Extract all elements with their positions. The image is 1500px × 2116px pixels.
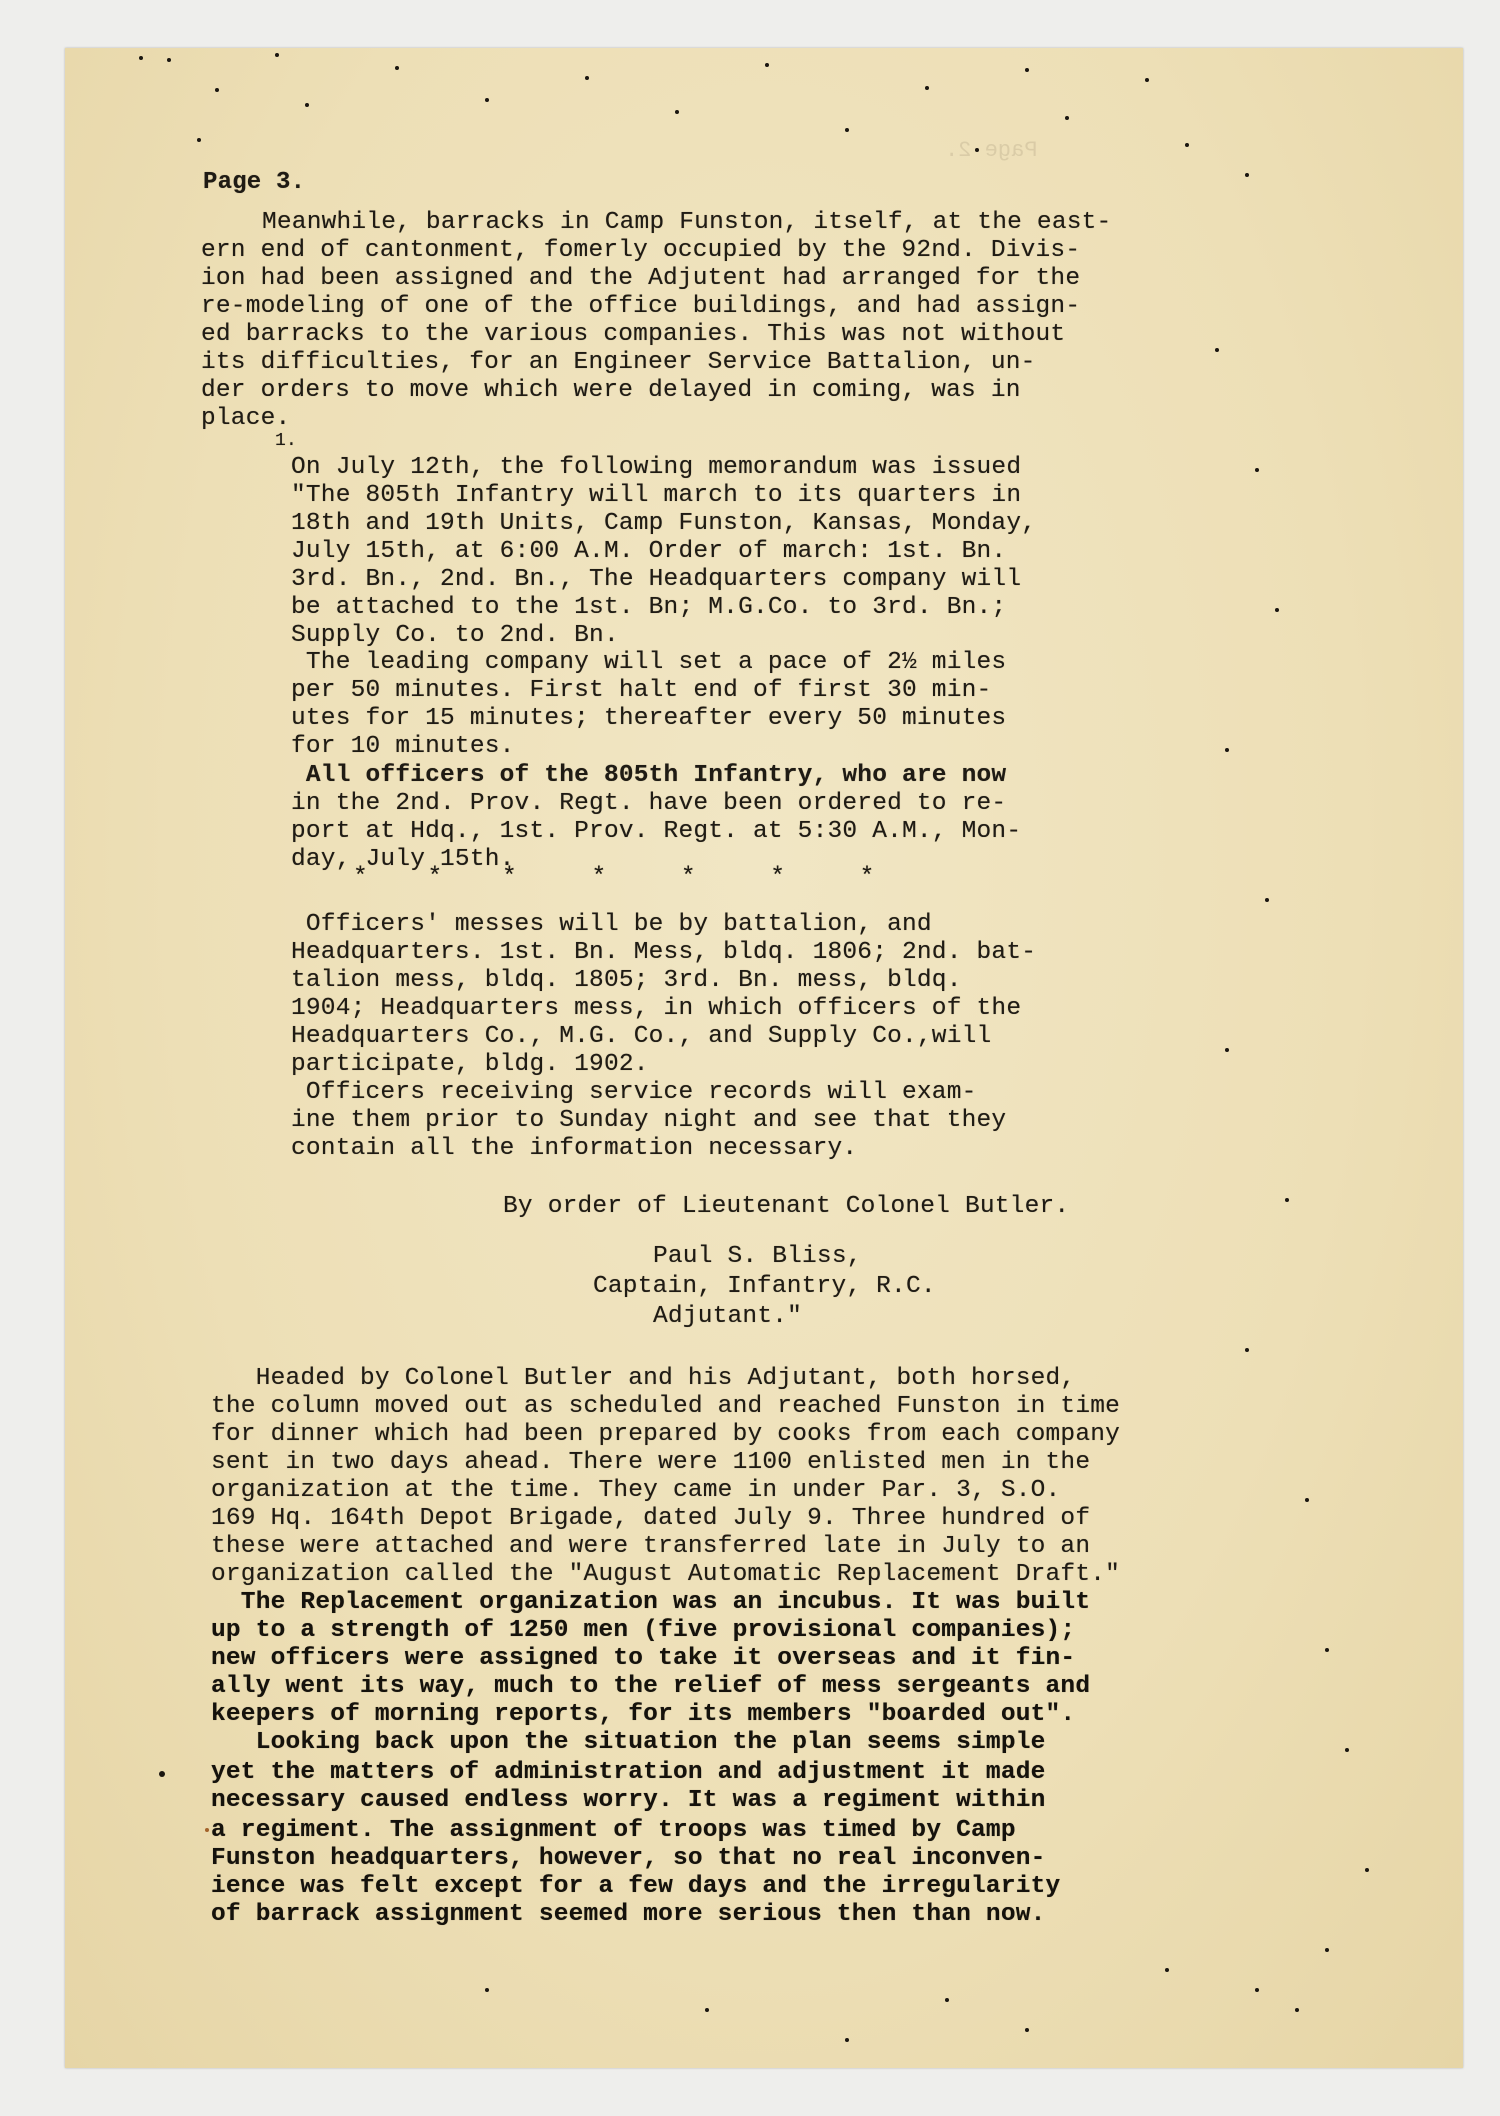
- text-line: "The 805th Infantry will march to its qu…: [291, 481, 1021, 511]
- text-line: organization at the time. They came in u…: [211, 1476, 1060, 1506]
- text-line: On July 12th, the following memorandum w…: [291, 453, 1021, 483]
- text-line: its difficulties, for an Engineer Servic…: [201, 348, 1036, 378]
- text-line: ion had been assigned and the Adjutent h…: [201, 264, 1080, 294]
- section-separator: * * * * * * *: [353, 863, 875, 893]
- text-line: be attached to the 1st. Bn; M.G.Co. to 3…: [291, 593, 1006, 623]
- text-line: keepers of morning reports, for its memb…: [211, 1700, 1075, 1730]
- signatory-title: Adjutant.": [653, 1302, 802, 1332]
- text-line: necessary caused endless worry. It was a…: [211, 1786, 1046, 1816]
- text-line: 18th and 19th Units, Camp Funston, Kansa…: [291, 509, 1036, 539]
- text-line: talion mess, bldq. 1805; 3rd. Bn. mess, …: [291, 966, 962, 996]
- text-line: participate, bldg. 1902.: [291, 1050, 649, 1080]
- text-line: organization called the "August Automati…: [211, 1560, 1120, 1590]
- text-line: Supply Co. to 2nd. Bn.: [291, 621, 619, 651]
- text-line: utes for 15 minutes; thereafter every 50…: [291, 704, 1006, 734]
- text-line: Officers' messes will be by battalion, a…: [291, 910, 932, 940]
- text-line: up to a strength of 1250 men (five provi…: [211, 1616, 1075, 1646]
- text-line: per 50 minutes. First halt end of first …: [291, 676, 991, 706]
- text-line: ally went its way, much to the relief of…: [211, 1672, 1090, 1702]
- text-line: for 10 minutes.: [291, 732, 515, 762]
- text-line: ern end of cantonment, fomerly occupied …: [201, 236, 1080, 266]
- text-line: The Replacement organization was an incu…: [211, 1588, 1090, 1618]
- text-line: re-modeling of one of the office buildin…: [201, 292, 1080, 322]
- footnote-marker: 1.: [275, 426, 297, 456]
- signatory-name: Paul S. Bliss,: [653, 1242, 862, 1272]
- text-line: Headquarters Co., M.G. Co., and Supply C…: [291, 1022, 991, 1052]
- text-line: ience was felt except for a few days and…: [211, 1872, 1060, 1902]
- typewritten-page: Page 2. Page 3. Meanwhile, barracks in C…: [65, 48, 1463, 2068]
- text-line: of barrack assignment seemed more seriou…: [211, 1900, 1046, 1930]
- text-line: Funston headquarters, however, so that n…: [211, 1844, 1046, 1874]
- text-line: Officers receiving service records will …: [291, 1078, 977, 1108]
- order-line: By order of Lieutenant Colonel Butler.: [503, 1192, 1069, 1222]
- text-line: 169 Hq. 164th Depot Brigade, dated July …: [211, 1504, 1090, 1534]
- text-line: Looking back upon the situation the plan…: [211, 1728, 1046, 1758]
- text-line: Headquarters. 1st. Bn. Mess, bldq. 1806;…: [291, 938, 1036, 968]
- text-line: sent in two days ahead. There were 1100 …: [211, 1448, 1090, 1478]
- text-line: July 15th, at 6:00 A.M. Order of march: …: [291, 537, 1006, 567]
- text-line: in the 2nd. Prov. Regt. have been ordere…: [291, 789, 1006, 819]
- text-line: for dinner which had been prepared by co…: [211, 1420, 1120, 1450]
- text-line: Headed by Colonel Butler and his Adjutan…: [211, 1364, 1075, 1394]
- text-line: ine them prior to Sunday night and see t…: [291, 1106, 1006, 1136]
- text-line: 1904; Headquarters mess, in which office…: [291, 994, 1021, 1024]
- text-line: a regiment. The assignment of troops was…: [211, 1816, 1016, 1846]
- text-line: ed barracks to the various companies. Th…: [201, 320, 1065, 350]
- text-line: der orders to move which were delayed in…: [201, 376, 1021, 406]
- text-line: The leading company will set a pace of 2…: [291, 648, 1006, 678]
- text-line: port at Hdq., 1st. Prov. Regt. at 5:30 A…: [291, 817, 1021, 847]
- signatory-rank: Captain, Infantry, R.C.: [593, 1272, 936, 1302]
- bleed-through-text: Page 2.: [945, 138, 1037, 163]
- text-line: new officers were assigned to take it ov…: [211, 1644, 1075, 1674]
- page-number: Page 3.: [203, 168, 305, 198]
- text-line: the column moved out as scheduled and re…: [211, 1392, 1120, 1422]
- text-line: Meanwhile, barracks in Camp Funston, its…: [201, 208, 1111, 238]
- text-line: 3rd. Bn., 2nd. Bn., The Headquarters com…: [291, 565, 1021, 595]
- text-line: contain all the information necessary.: [291, 1134, 857, 1164]
- text-line: yet the matters of administration and ad…: [211, 1758, 1046, 1788]
- text-line: these were attached and were transferred…: [211, 1532, 1090, 1562]
- text-line: All officers of the 805th Infantry, who …: [291, 761, 1006, 791]
